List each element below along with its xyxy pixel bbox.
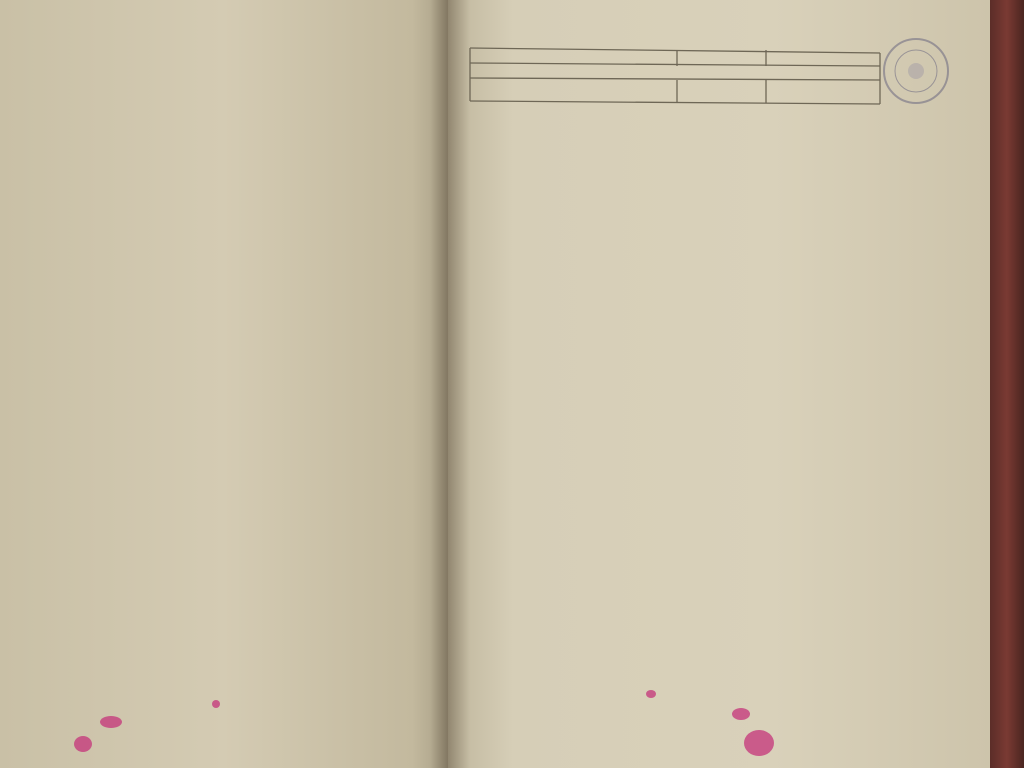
- stain: [732, 708, 750, 720]
- left-ruled-grid: [0, 0, 448, 768]
- stain: [646, 690, 656, 698]
- book-gutter: [430, 0, 470, 768]
- stamp-icon: [884, 39, 948, 103]
- stain: [212, 700, 220, 708]
- stain: [100, 716, 122, 728]
- stain: [74, 736, 92, 752]
- right-ruled-grid: [448, 0, 990, 768]
- stain: [744, 730, 774, 756]
- right-page: [448, 0, 990, 768]
- left-page: [0, 0, 448, 768]
- top-table-lines: [470, 48, 880, 104]
- book-cover-edge: [990, 0, 1024, 768]
